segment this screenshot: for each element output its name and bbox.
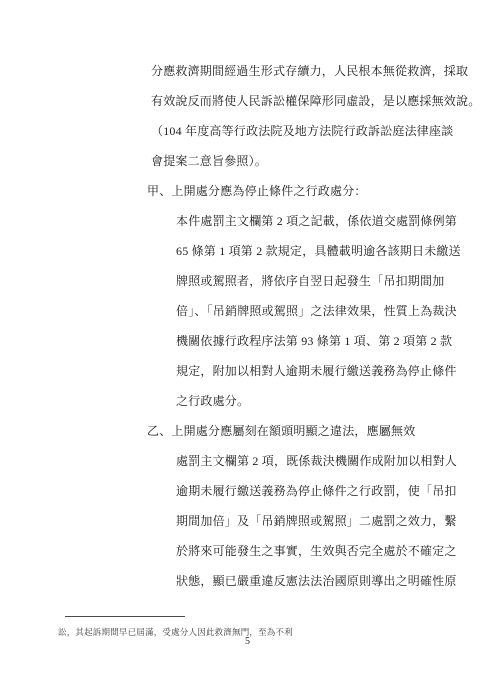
document-body: 分應救濟期間經過生形式存續力，人民根本無從救濟，採取有效說反而將使人民訴訟權保障… <box>0 56 495 596</box>
section-yi-text-line: 處罰主文欄第 2 項，既係裁決機關作成附加以相對人 <box>0 446 495 476</box>
section-jia-text-line: 本件處罰主文欄第 2 項之記載，係依道交處罰條例第 <box>0 206 495 236</box>
footnote-separator-rule <box>65 616 185 617</box>
intro-text-line: 有效說反而將使人民訴訟權保障形同虛設，是以應採無效說。 <box>0 86 495 116</box>
section-jia-text-line: 規定，附加以相對人逾期未履行繳送義務為停止條件 <box>0 356 495 386</box>
document-page: 分應救濟期間經過生形式存續力，人民根本無從救濟，採取有效說反而將使人民訴訟權保障… <box>0 0 495 700</box>
section-yi-text-line: 狀態，顯已嚴重違反憲法法治國原則導出之明確性原 <box>0 566 495 596</box>
intro-text-line: 會提案二意旨參照）。 <box>0 146 495 176</box>
intro-text-line: （104 年度高等行政法院及地方法院行政訴訟庭法律座談 <box>0 116 495 146</box>
intro-paragraph: 分應救濟期間經過生形式存續力，人民根本無從救濟，採取有效說反而將使人民訴訟權保障… <box>0 56 495 176</box>
section-jia-text-line: 65 條第 1 項第 2 款規定，具體載明逾各該期日未繳送 <box>0 236 495 266</box>
intro-text-line: 分應救濟期間經過生形式存續力，人民根本無從救濟，採取 <box>0 56 495 86</box>
section-jia-text-line: 之行政處分。 <box>0 386 495 416</box>
section-yi-heading: 乙、上開處分應屬刻在額頭明顯之違法，應屬無效 <box>0 416 495 446</box>
section-jia-text-line: 牌照或駕照者，將依序自翌日起發生「吊扣期間加 <box>0 266 495 296</box>
section-yi: 乙、上開處分應屬刻在額頭明顯之違法，應屬無效 處罰主文欄第 2 項，既係裁決機關… <box>0 416 495 596</box>
section-jia-text-line: 機關依據行政程序法第 93 條第 1 項、第 2 項第 2 款 <box>0 326 495 356</box>
section-jia: 甲、上開處分應為停止條件之行政處分： 本件處罰主文欄第 2 項之記載，係依道交處… <box>0 176 495 416</box>
page-number: 5 <box>0 636 495 647</box>
section-jia-heading: 甲、上開處分應為停止條件之行政處分： <box>0 176 495 206</box>
section-yi-text-line: 於將來可能發生之事實，生效與否完全處於不確定之 <box>0 536 495 566</box>
section-jia-text-line: 倍」、「吊銷牌照或駕照」之法律效果，性質上為裁決 <box>0 296 495 326</box>
section-yi-text-line: 逾期未履行繳送義務為停止條件之行政罰，使「吊扣 <box>0 476 495 506</box>
section-yi-text-line: 期間加倍」及「吊銷牌照或駕照」二處罰之效力，繫 <box>0 506 495 536</box>
